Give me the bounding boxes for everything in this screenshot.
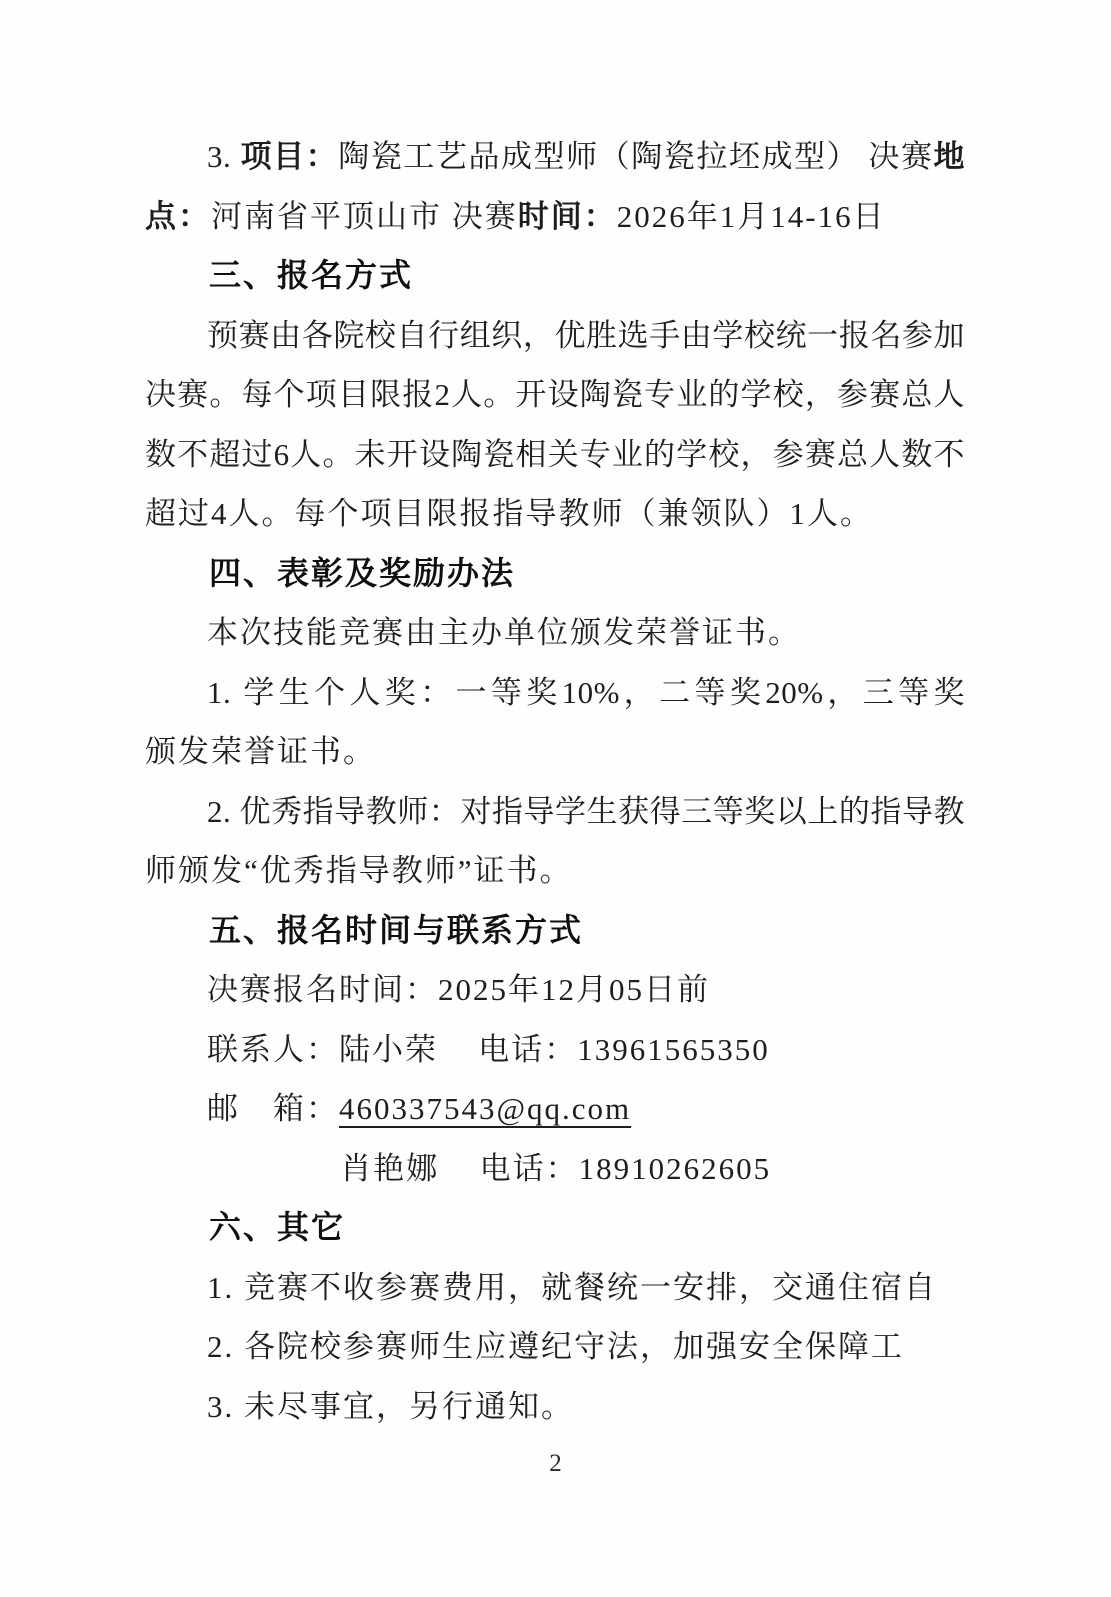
- contact1-phone-label: 电话：: [478, 1032, 577, 1067]
- contact2-phone-label: 电话：: [480, 1151, 579, 1186]
- section3-para-line3: 数不超过6人。未开设陶瓷相关专业的学校，参赛总人数不: [145, 425, 965, 485]
- section3-para-line2: 决赛。每个项目限报2人。开设陶瓷专业的学校，参赛总人: [145, 365, 965, 425]
- item3-venue-value: 河南省平顶山市 决赛: [211, 199, 518, 234]
- document-page: 3. 项目：陶瓷工艺品成型师（陶瓷拉坯成型） 决赛地 点：河南省平顶山市 决赛时…: [0, 0, 1111, 1597]
- contact1-phone-number: 13961565350: [577, 1032, 770, 1067]
- item3-project-value: 陶瓷工艺品成型师（陶瓷拉坯成型） 决赛: [338, 139, 933, 174]
- section4-para2-line1: 1. 学生个人奖：一等奖10%，二等奖20%，三等奖30%，: [145, 663, 965, 723]
- item3-time-value: 2026年1月14-16日: [617, 199, 886, 234]
- section4-para3-line2: 师颁发“优秀指导教师”证书。: [145, 841, 965, 901]
- contact1-row: 联系人：陆小荣电话：13961565350: [145, 1020, 965, 1080]
- item3-venue-label-part2: 点：: [145, 199, 211, 234]
- document-text-block: 3. 项目：陶瓷工艺品成型师（陶瓷拉坯成型） 决赛地 点：河南省平顶山市 决赛时…: [145, 127, 965, 1436]
- item3-line1: 3. 项目：陶瓷工艺品成型师（陶瓷拉坯成型） 决赛地: [145, 127, 965, 187]
- item3-time-label: 时间：: [518, 199, 617, 234]
- contact1-label: 联系人：: [207, 1032, 339, 1067]
- item3-line2: 点：河南省平顶山市 决赛时间：2026年1月14-16日: [145, 187, 965, 247]
- section4-para3-line1: 2. 优秀指导教师：对指导学生获得三等奖以上的指导教: [145, 782, 965, 842]
- section6-heading: 六、其它: [145, 1198, 965, 1258]
- email-address: 460337543@qq.com: [339, 1091, 631, 1126]
- item3-number: 3.: [207, 139, 241, 174]
- section6-item3: 3. 未尽事宜，另行通知。: [145, 1377, 965, 1437]
- item3-venue-label-part1: 地: [934, 139, 965, 174]
- registration-deadline: 决赛报名时间：2025年12月05日前: [145, 960, 965, 1020]
- contact2-phone-number: 18910262605: [579, 1151, 772, 1186]
- section3-heading: 三、报名方式: [145, 246, 965, 306]
- page-number: 2: [0, 1450, 1111, 1478]
- section4-para1: 本次技能竞赛由主办单位颁发荣誉证书。: [145, 603, 965, 663]
- contact2-row: 肖艳娜电话：18910262605: [145, 1139, 965, 1199]
- section3-para-line1: 预赛由各院校自行组织，优胜选手由学校统一报名参加: [145, 306, 965, 366]
- section4-para2-line2: 颁发荣誉证书。: [145, 722, 965, 782]
- section6-item2: 2. 各院校参赛师生应遵纪守法，加强安全保障工作；: [145, 1317, 965, 1377]
- contact1-name: 陆小荣: [339, 1032, 438, 1067]
- section6-item1: 1. 竞赛不收参赛费用，就餐统一安排，交通住宿自理；: [145, 1258, 965, 1318]
- item3-project-label: 项目：: [241, 139, 339, 174]
- contact2-name: 肖艳娜: [340, 1151, 439, 1186]
- section5-heading: 五、报名时间与联系方式: [145, 901, 965, 961]
- email-row: 邮 箱：460337543@qq.com: [145, 1079, 965, 1139]
- section3-para-line4: 超过4人。每个项目限报指导教师（兼领队）1人。: [145, 484, 965, 544]
- email-label: 邮 箱：: [207, 1091, 339, 1126]
- section4-heading: 四、表彰及奖励办法: [145, 544, 965, 604]
